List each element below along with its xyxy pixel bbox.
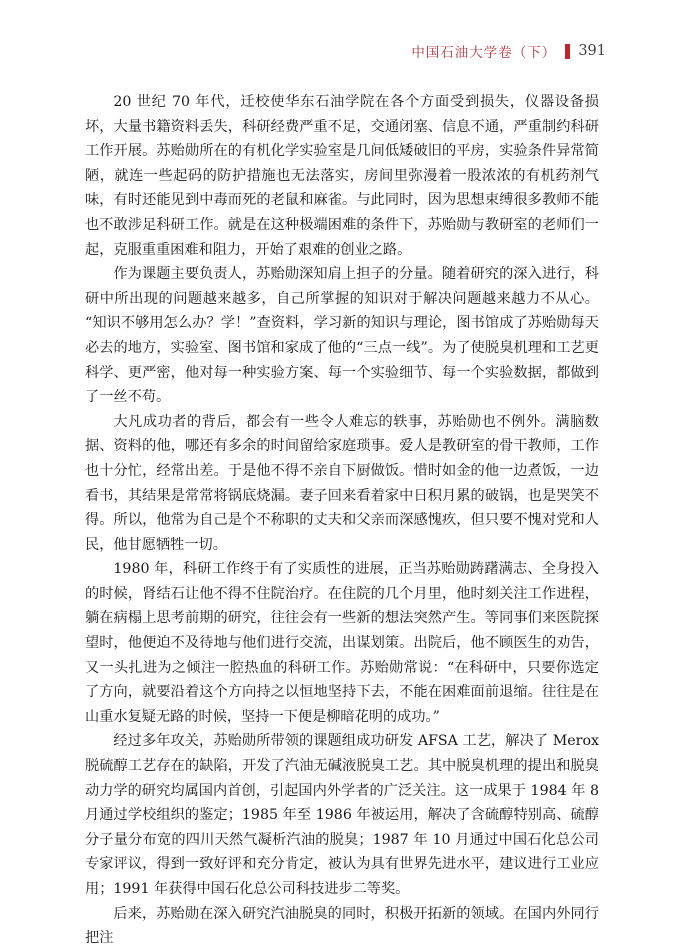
paragraph-4: 1980 年，科研工作终于有了实质性的进展，正当苏贻勋踌躇满志、全身投入的时候，… [85,557,599,729]
page-number: 391 [578,43,606,59]
header-title: 中国石油大学卷（下） [411,41,556,61]
paragraph-2: 作为课题主要负责人，苏贻勋深知肩上担子的分量。随着研究的深入进行，科研中所出现的… [85,262,599,410]
header-separator-bar [565,44,570,59]
running-header: 中国石油大学卷（下） 391 [411,41,606,61]
body-text: 20 世纪 70 年代，迁校使华东石油学院在各个方面受到损失，仪器设备损坏，大量… [85,90,599,945]
book-page: 中国石油大学卷（下） 391 20 世纪 70 年代，迁校使华东石油学院在各个方… [0,0,680,945]
paragraph-6: 后来，苏贻勋在深入研究汽油脱臭的同时，积极开拓新的领域。在国内外同行把注 [85,902,599,945]
paragraph-5: 经过多年攻关，苏贻勋所带领的课题组成功研发 AFSA 工艺，解决了 Merox … [85,729,599,901]
paragraph-3: 大凡成功者的背后，都会有一些令人难忘的轶事，苏贻勋也不例外。满脑数据、资料的他，… [85,410,599,558]
paragraph-1: 20 世纪 70 年代，迁校使华东石油学院在各个方面受到损失，仪器设备损坏，大量… [85,90,599,262]
